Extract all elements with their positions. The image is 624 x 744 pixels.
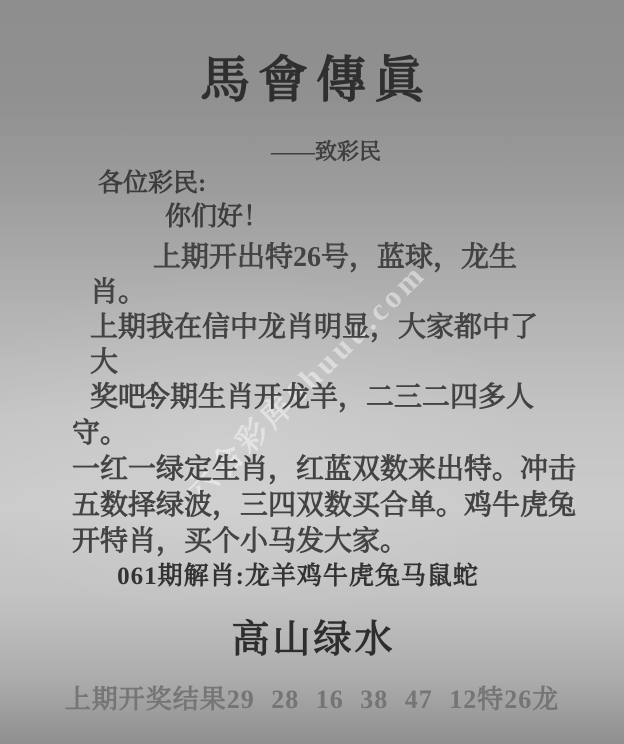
fax-sheet: 六合彩库6huuu.com 馬會傳眞 ——致彩民 各位彩民: 你们好！ 上期开出… (0, 0, 624, 744)
paragraph-line: 上期我在信中龙肖明显，大家都中了大 (90, 310, 560, 380)
paragraph-line: 开特肖，买个小马发大家。 (72, 524, 582, 560)
issue-zodiac-hint: 061期解肖:龙羊鸡牛虎兔马鼠蛇 (0, 556, 624, 592)
paragraph-current-tip: 今期生肖开龙羊，二三二四多人守。 一红一绿定生肖，红蓝双数来出特。冲击 五数择绿… (72, 380, 582, 560)
dedication-line: ——致彩民 (0, 135, 624, 166)
signature: 高山绿水 (0, 608, 624, 663)
previous-draw-results: 上期开奖结果29 28 16 38 47 12特26龙 (0, 679, 624, 716)
paragraph-line: 一红一绿定生肖，红蓝双数来出特。冲击 (72, 452, 582, 488)
salutation-line: 各位彩民: (98, 163, 206, 199)
paragraph-line: 五数择绿波，三四双数买合单。鸡牛虎兔 (72, 488, 582, 524)
greeting-line: 你们好！ (165, 196, 269, 233)
page-title: 馬會傳眞 (0, 40, 624, 112)
paragraph-line: 上期开出特26号，蓝球，龙生肖。 (90, 240, 560, 310)
paragraph-line: 今期生肖开龙羊，二三二四多人守。 (72, 380, 582, 452)
